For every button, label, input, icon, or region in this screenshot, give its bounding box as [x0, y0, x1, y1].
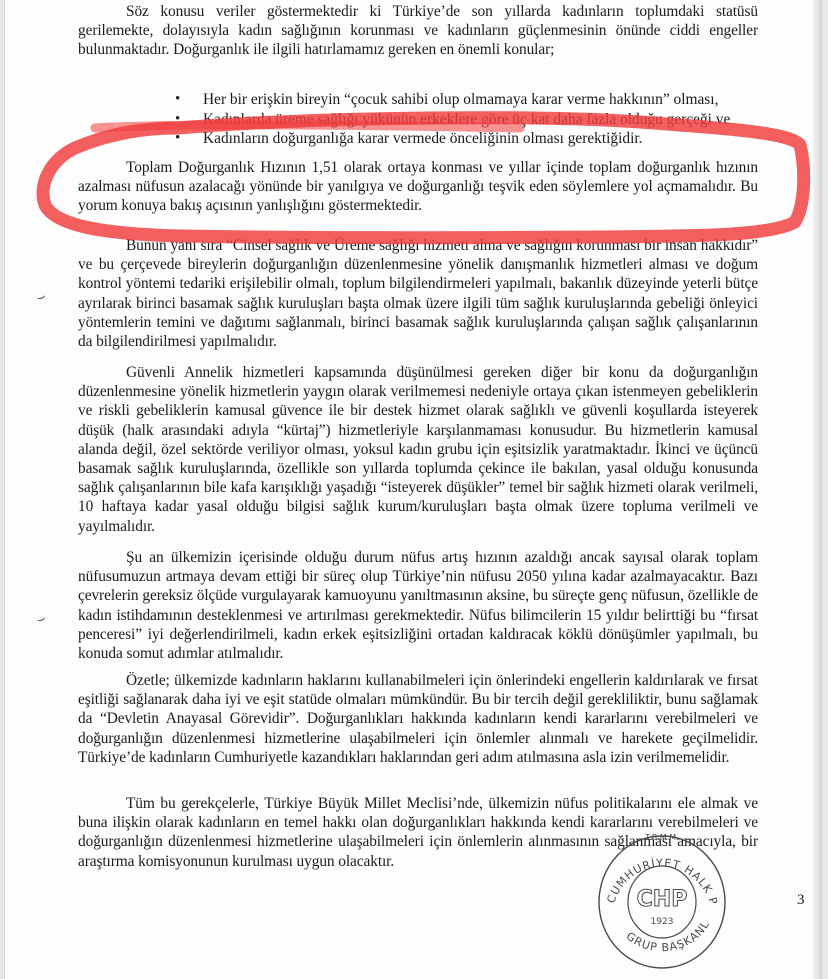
paragraph-highlighted: Toplam Doğurganlık Hızının 1,51 olarak o… [78, 158, 758, 216]
paragraph-1: Söz konusu veriler göstermektedir ki Tür… [78, 2, 758, 60]
bullet-item: Kadınlarda üreme sağlığı yükünün erkekle… [175, 110, 775, 130]
paragraph-4: Güvenli Annelik hizmetleri kapsamında dü… [78, 363, 758, 536]
svg-text:1923: 1923 [651, 917, 674, 927]
bullet-item: Her bir erişkin bireyin “çocuk sahibi ol… [175, 90, 775, 110]
margin-mark: ⌣ [35, 611, 49, 629]
paragraph-6: Özetle; ülkemizde kadınların haklarını k… [78, 671, 758, 767]
margin-mark: ⌣ [35, 289, 49, 307]
page-number: 3 [797, 892, 805, 909]
bullet-item: Kadınların doğurganlığa karar vermede ön… [175, 129, 775, 149]
bullet-list: Her bir erişkin bireyin “çocuk sahibi ol… [175, 90, 775, 149]
page-edge [813, 0, 821, 979]
svg-text:T.B.M.M.: T.B.M.M. [644, 833, 678, 842]
party-stamp: CUMHURİYET HALK PARTİSİ GRUP BAŞKANLIĞI … [592, 822, 732, 972]
paragraph-3: Bunun yanı sıra “Cinsel sağlık ve Üreme … [78, 236, 758, 351]
svg-text:CHP: CHP [637, 887, 688, 912]
paragraph-5: Şu an ülkemizin içerisinde olduğu durum … [78, 548, 758, 663]
